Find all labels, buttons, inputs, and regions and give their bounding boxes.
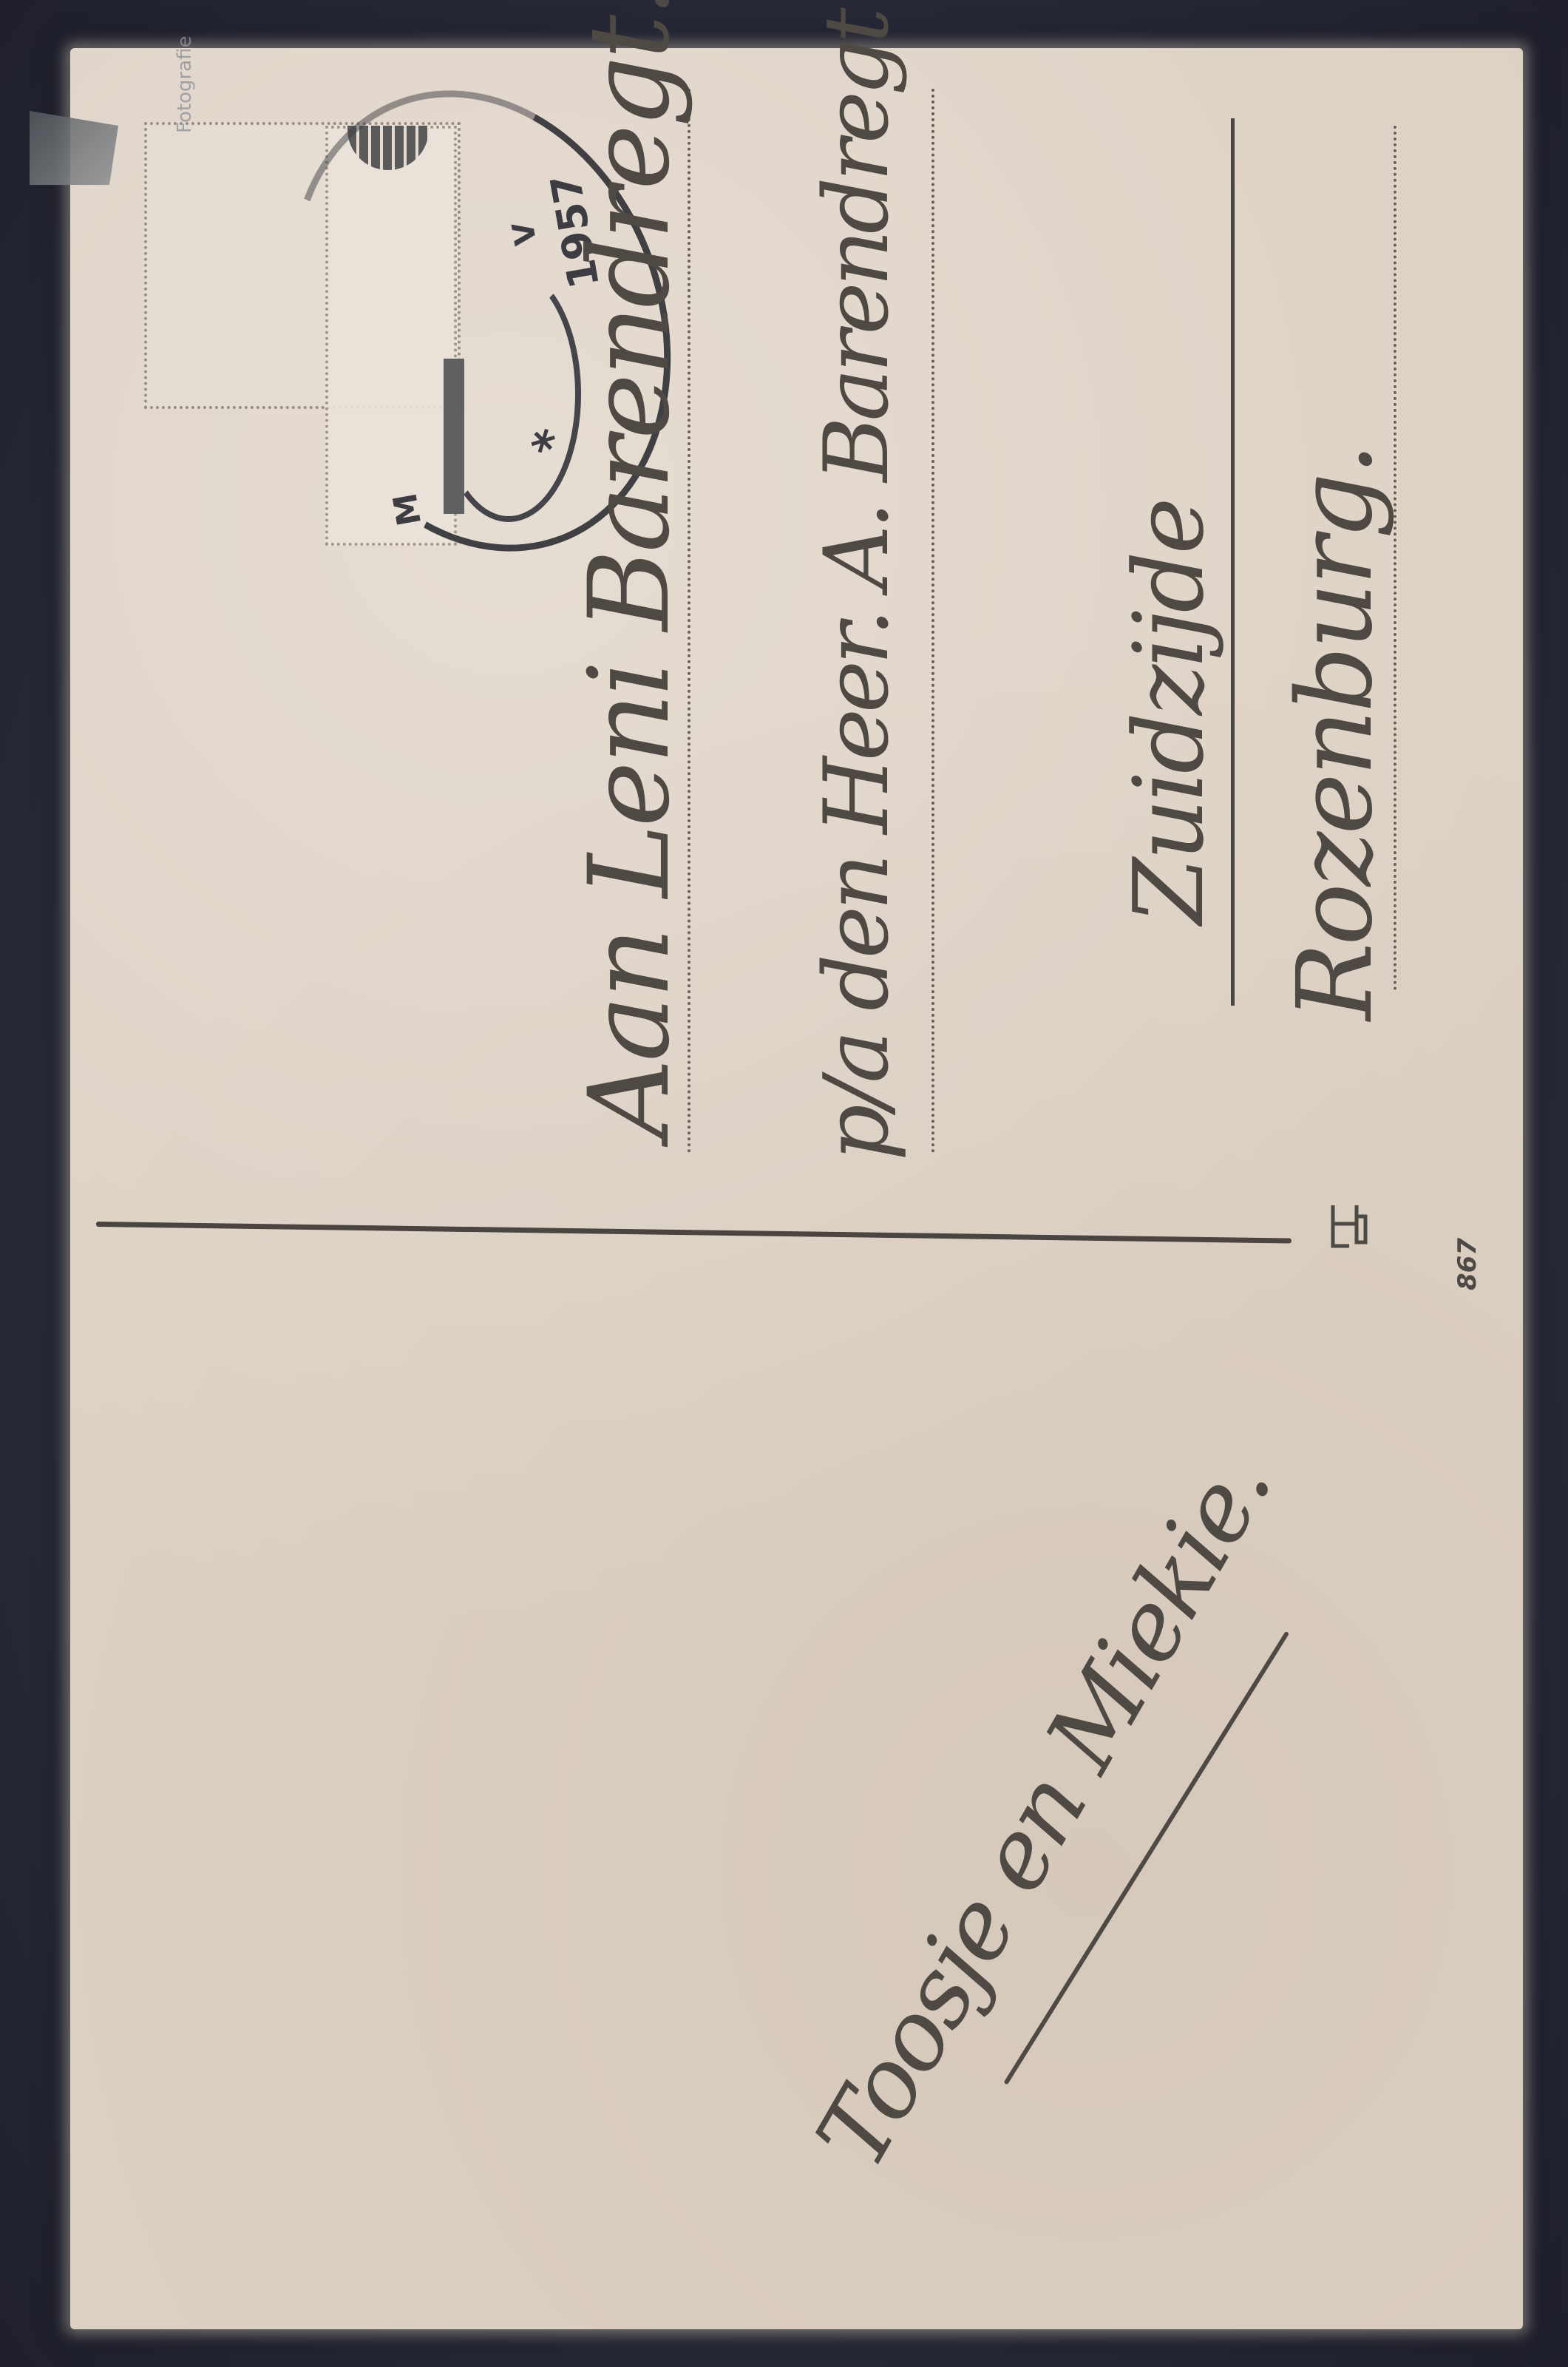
publisher-logo-icon [1327, 1202, 1371, 1253]
address-guide-3 [1231, 118, 1235, 1006]
address-line-2: p/a den Heer. A. Barendregt [806, 12, 909, 1161]
address-line-1: Aan Leni Barendregt. [566, 0, 694, 1139]
publisher-number: 867 [1453, 1238, 1482, 1290]
address-guide-2 [931, 89, 934, 1154]
stamp-label: Fotografie [174, 35, 196, 133]
address-line-4: Rozenburg. [1275, 446, 1396, 1020]
address-line-3: Zuidzijde [1113, 501, 1225, 924]
postmark-inner-circle [436, 266, 581, 522]
postmark-mark-m: M [386, 490, 429, 529]
